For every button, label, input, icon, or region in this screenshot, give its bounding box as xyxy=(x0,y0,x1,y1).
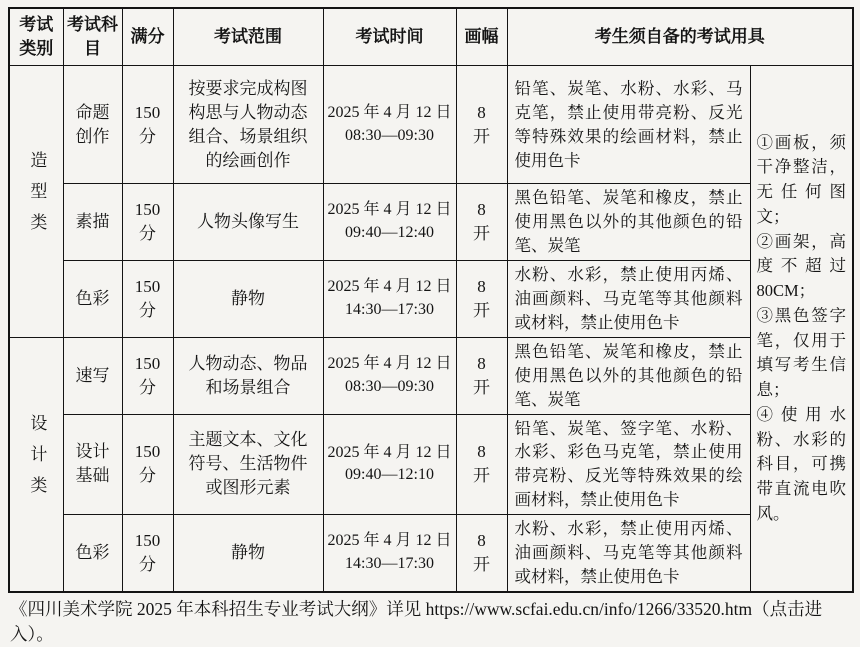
format-size: 8 xyxy=(462,101,502,125)
subject-cell: 速写 xyxy=(63,337,122,414)
score-cell: 150 分 xyxy=(122,66,173,184)
subject-cell: 素描 xyxy=(63,184,122,261)
exam-date: 2025 年 4 月 12 日 xyxy=(326,530,454,553)
score-cell: 150 分 xyxy=(122,515,173,592)
score-value: 150 xyxy=(128,440,168,464)
format-cell: 8 开 xyxy=(456,515,507,592)
format-size: 8 xyxy=(462,198,502,222)
format-cell: 8 开 xyxy=(456,261,507,338)
footnote-prefix: 《四川美术学院 2025 年本科招生专业考试大纲》详见 xyxy=(10,599,426,619)
score-value: 150 xyxy=(128,529,168,553)
format-unit: 开 xyxy=(462,222,502,246)
page: 考试类别 考试科目 满分 考试范围 考试时间 画幅 考生须自备的考试用具 造型类… xyxy=(0,0,860,647)
table-row: 造型类 命题创作 150 分 按要求完成构图构思与人物动态组合、场景组织的绘画创… xyxy=(9,66,853,184)
tools-cell: 水粉、水彩，禁止使用丙烯、油画颜料、马克笔等其他颜料或材料，禁止使用色卡 xyxy=(507,515,750,592)
format-unit: 开 xyxy=(462,125,502,149)
score-unit: 分 xyxy=(128,376,168,400)
score-unit: 分 xyxy=(128,299,168,323)
scope-cell: 人物头像写生 xyxy=(173,184,323,261)
score-value: 150 xyxy=(128,275,168,299)
score-cell: 150 分 xyxy=(122,414,173,515)
scope-cell: 主题文本、文化符号、生活物件或图形元素 xyxy=(173,414,323,515)
note-item: ④使用水粉、水彩的科目，可携带直流电吹风。 xyxy=(757,403,847,527)
format-size: 8 xyxy=(462,352,502,376)
tools-cell: 水粉、水彩，禁止使用丙烯、油画颜料、马克笔等其他颜料或材料，禁止使用色卡 xyxy=(507,261,750,338)
header-category: 考试类别 xyxy=(9,8,63,66)
tools-cell: 铅笔、炭笔、签字笔、水粉、水彩、彩色马克笔，禁止使用带亮粉、反光等特殊效果的绘画… xyxy=(507,414,750,515)
tools-cell: 黑色铅笔、炭笔和橡皮，禁止使用黑色以外的其他颜色的铅笔、炭笔 xyxy=(507,337,750,414)
subject-cell: 色彩 xyxy=(63,515,122,592)
time-cell: 2025 年 4 月 12 日 08:30—09:30 xyxy=(323,66,456,184)
exam-date: 2025 年 4 月 12 日 xyxy=(326,353,454,376)
notes-cell: ①画板，须干净整洁，无任何图文； ②画架，高度不超过80CM； ③黑色签字笔，仅… xyxy=(750,66,853,592)
format-unit: 开 xyxy=(462,376,502,400)
exam-time: 08:30—09:30 xyxy=(326,376,454,399)
syllabus-link[interactable]: https://www.scfai.edu.cn/info/1266/33520… xyxy=(426,599,752,619)
exam-time: 09:40—12:40 xyxy=(326,222,454,245)
scope-cell: 静物 xyxy=(173,515,323,592)
format-cell: 8 开 xyxy=(456,414,507,515)
note-item: ③黑色签字笔，仅用于填写考生信息； xyxy=(757,304,847,403)
tools-cell: 铅笔、炭笔、水粉、水彩、马克笔，禁止使用带亮粉、反光等特殊效果的绘画材料，禁止使… xyxy=(507,66,750,184)
header-time: 考试时间 xyxy=(323,8,456,66)
category-label: 造型类 xyxy=(24,151,48,244)
scope-cell: 人物动态、物品和场景组合 xyxy=(173,337,323,414)
category-label: 设计类 xyxy=(24,414,48,507)
header-full-score: 满分 xyxy=(122,8,173,66)
table-row: 设计基础 150 分 主题文本、文化符号、生活物件或图形元素 2025 年 4 … xyxy=(9,414,853,515)
time-cell: 2025 年 4 月 12 日 08:30—09:30 xyxy=(323,337,456,414)
subject-cell: 色彩 xyxy=(63,261,122,338)
header-subject: 考试科目 xyxy=(63,8,122,66)
format-unit: 开 xyxy=(462,464,502,488)
format-unit: 开 xyxy=(462,299,502,323)
scope-cell: 静物 xyxy=(173,261,323,338)
score-unit: 分 xyxy=(128,222,168,246)
score-cell: 150 分 xyxy=(122,337,173,414)
exam-schedule-table: 考试类别 考试科目 满分 考试范围 考试时间 画幅 考生须自备的考试用具 造型类… xyxy=(8,7,854,593)
table-row: 素描 150 分 人物头像写生 2025 年 4 月 12 日 09:40—12… xyxy=(9,184,853,261)
format-cell: 8 开 xyxy=(456,184,507,261)
exam-time: 14:30—17:30 xyxy=(326,299,454,322)
table-row: 设计类 速写 150 分 人物动态、物品和场景组合 2025 年 4 月 12 … xyxy=(9,337,853,414)
score-value: 150 xyxy=(128,198,168,222)
note-item: ②画架，高度不超过80CM； xyxy=(757,230,847,304)
header-row: 考试类别 考试科目 满分 考试范围 考试时间 画幅 考生须自备的考试用具 xyxy=(9,8,853,66)
table-row: 色彩 150 分 静物 2025 年 4 月 12 日 14:30—17:30 … xyxy=(9,261,853,338)
scope-cell: 按要求完成构图构思与人物动态组合、场景组织的绘画创作 xyxy=(173,66,323,184)
subject-cell: 命题创作 xyxy=(63,66,122,184)
format-cell: 8 开 xyxy=(456,337,507,414)
format-unit: 开 xyxy=(462,553,502,577)
category-cell-design: 设计类 xyxy=(9,337,63,592)
format-size: 8 xyxy=(462,440,502,464)
time-cell: 2025 年 4 月 12 日 09:40—12:10 xyxy=(323,414,456,515)
table-row: 色彩 150 分 静物 2025 年 4 月 12 日 14:30—17:30 … xyxy=(9,515,853,592)
exam-date: 2025 年 4 月 12 日 xyxy=(326,276,454,299)
score-unit: 分 xyxy=(128,125,168,149)
exam-date: 2025 年 4 月 12 日 xyxy=(326,442,454,465)
header-scope: 考试范围 xyxy=(173,8,323,66)
time-cell: 2025 年 4 月 12 日 14:30—17:30 xyxy=(323,261,456,338)
exam-time: 09:40—12:10 xyxy=(326,464,454,487)
category-cell-sculpting: 造型类 xyxy=(9,66,63,338)
score-cell: 150 分 xyxy=(122,261,173,338)
header-format: 画幅 xyxy=(456,8,507,66)
tools-cell: 黑色铅笔、炭笔和橡皮，禁止使用黑色以外的其他颜色的铅笔、炭笔 xyxy=(507,184,750,261)
score-cell: 150 分 xyxy=(122,184,173,261)
footnote: 《四川美术学院 2025 年本科招生专业考试大纲》详见 https://www.… xyxy=(8,597,852,647)
exam-date: 2025 年 4 月 12 日 xyxy=(326,102,454,125)
header-tools: 考生须自备的考试用具 xyxy=(507,8,853,66)
note-item: ①画板，须干净整洁，无任何图文； xyxy=(757,131,847,230)
format-cell: 8 开 xyxy=(456,66,507,184)
exam-time: 08:30—09:30 xyxy=(326,125,454,148)
time-cell: 2025 年 4 月 12 日 09:40—12:40 xyxy=(323,184,456,261)
exam-time: 14:30—17:30 xyxy=(326,553,454,576)
subject-cell: 设计基础 xyxy=(63,414,122,515)
format-size: 8 xyxy=(462,275,502,299)
exam-date: 2025 年 4 月 12 日 xyxy=(326,199,454,222)
score-value: 150 xyxy=(128,352,168,376)
format-size: 8 xyxy=(462,529,502,553)
score-unit: 分 xyxy=(128,464,168,488)
score-unit: 分 xyxy=(128,553,168,577)
time-cell: 2025 年 4 月 12 日 14:30—17:30 xyxy=(323,515,456,592)
score-value: 150 xyxy=(128,101,168,125)
